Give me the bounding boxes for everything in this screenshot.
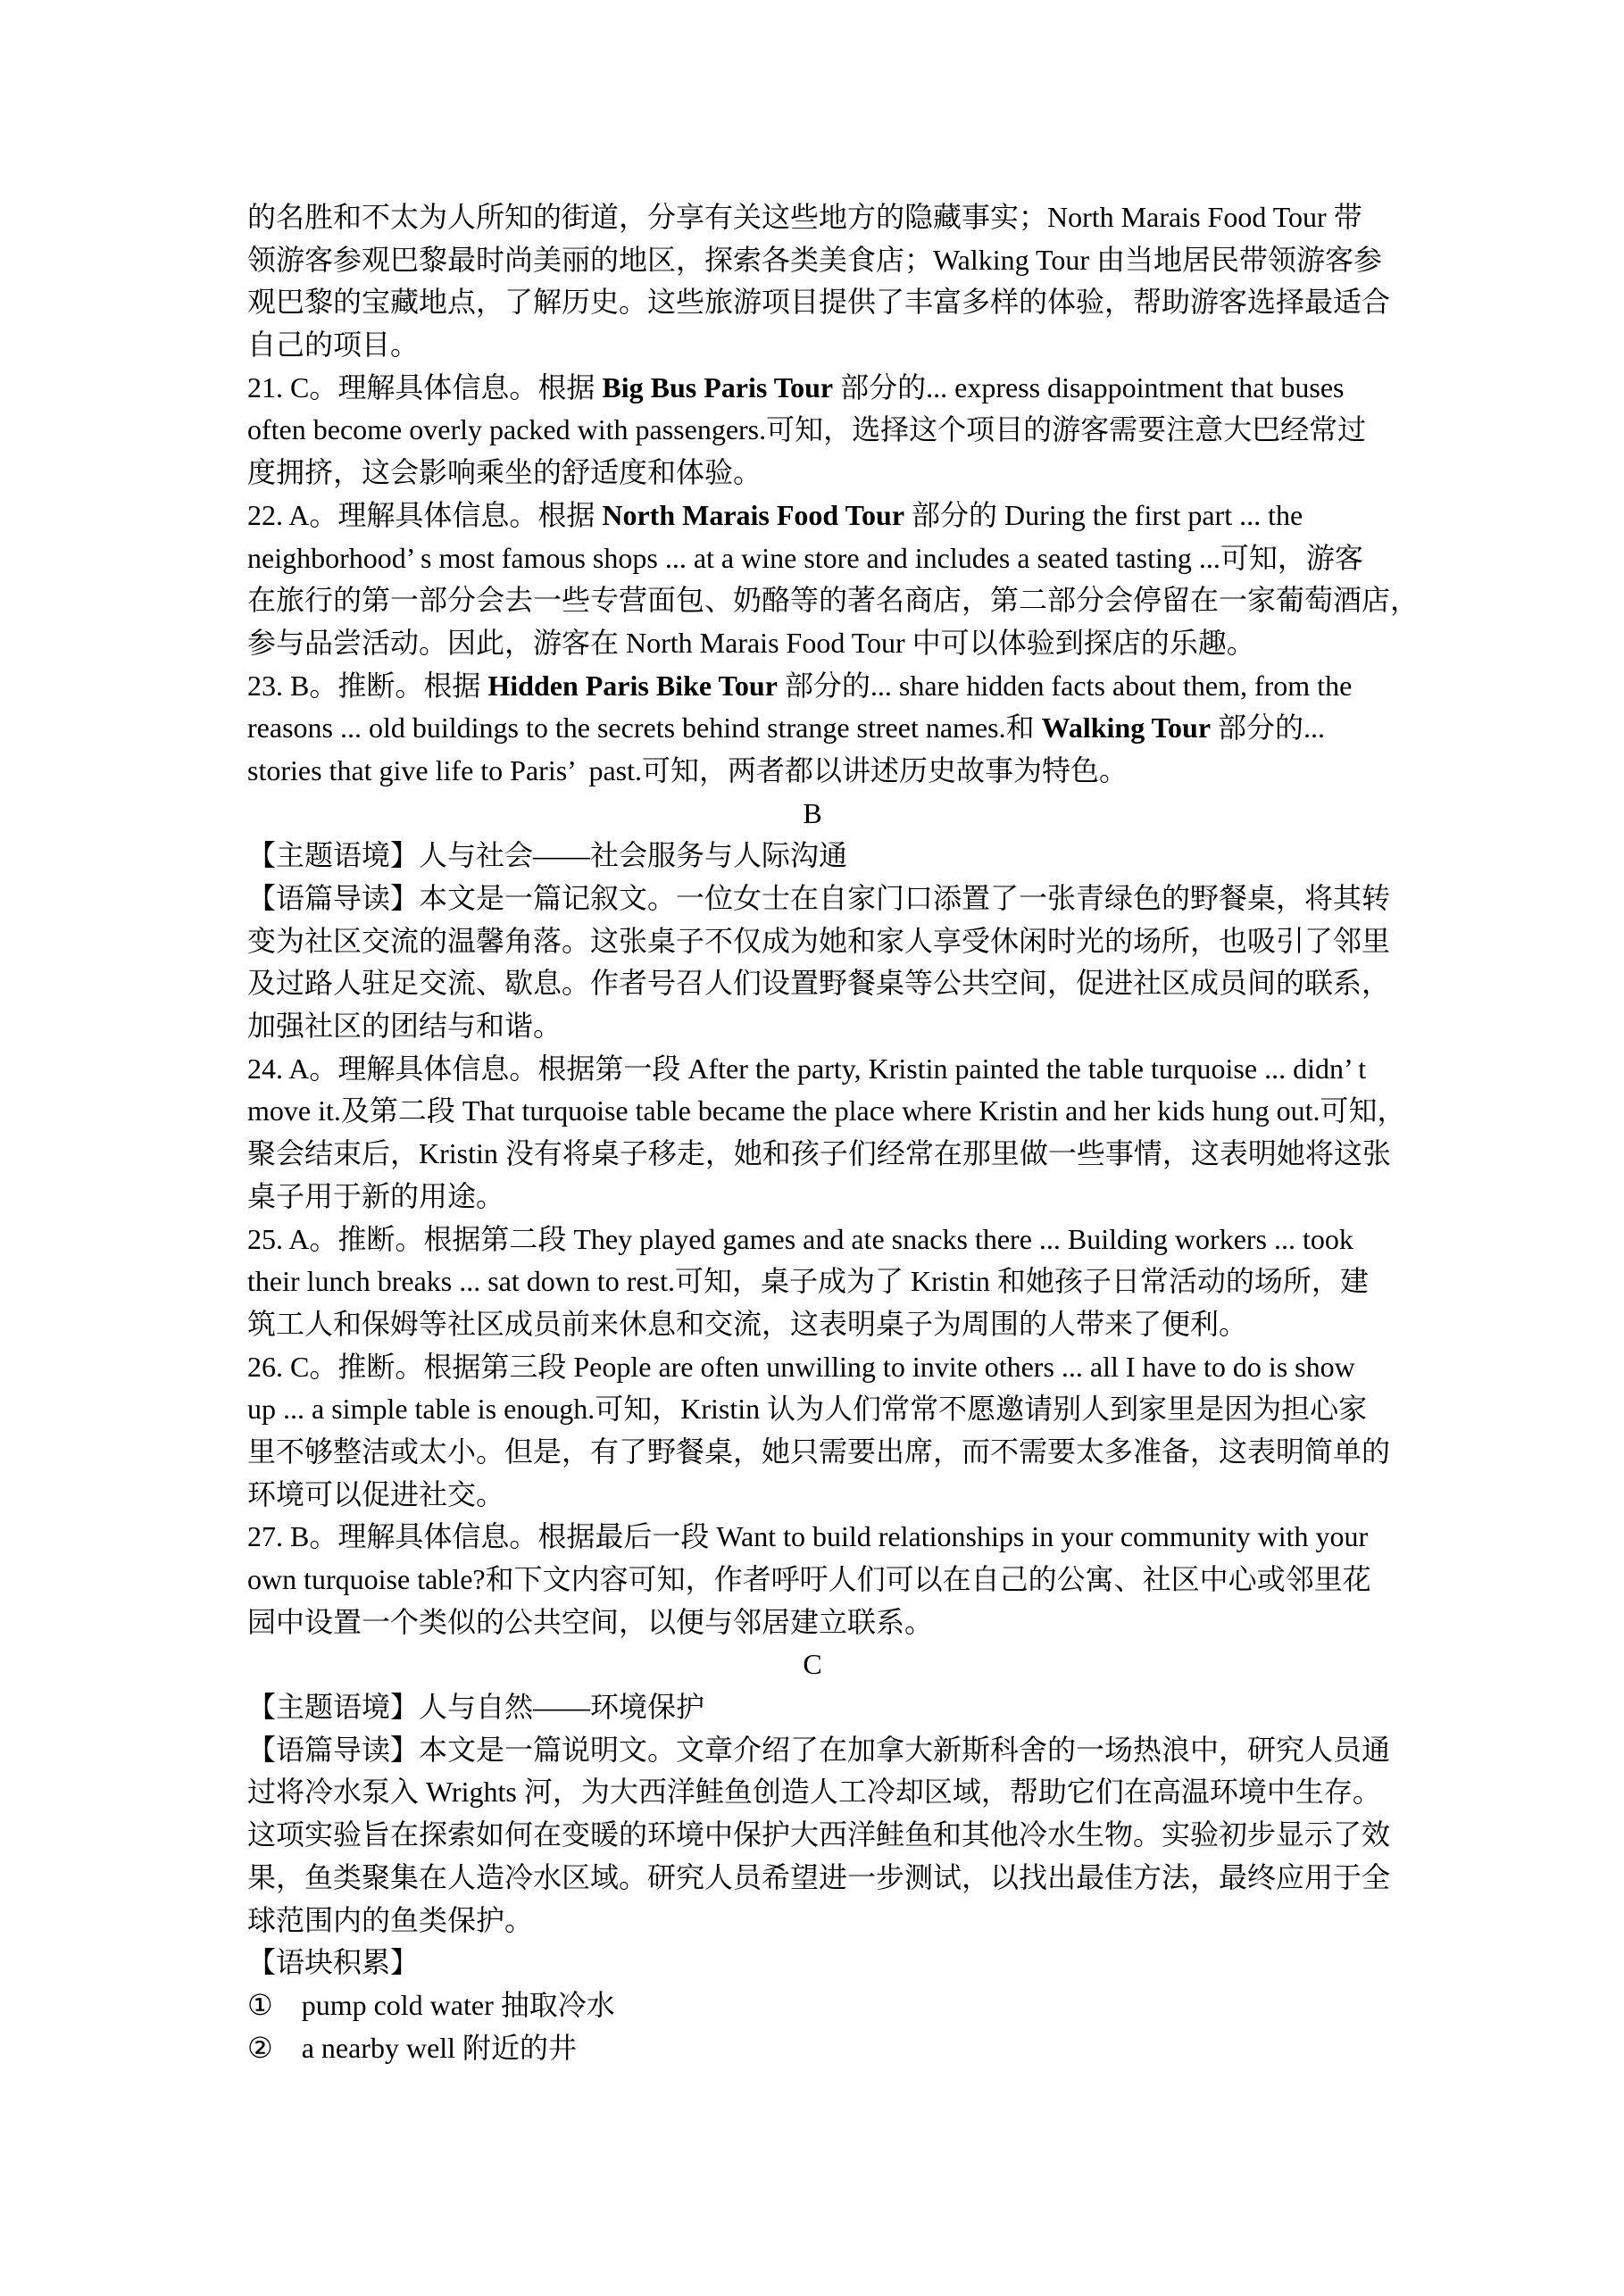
text-segment: 部分的... xyxy=(1211,711,1325,744)
section-heading: B xyxy=(247,793,1378,836)
text-segment: 【语块积累】 xyxy=(247,1946,419,1978)
text-line: 【主题语境】人与社会——社会服务与人际沟通 xyxy=(247,835,1378,878)
text-segment: C xyxy=(803,1648,821,1680)
text-line: 观巴黎的宝藏地点，了解历史。这些旅游项目提供了丰富多样的体验，帮助游客选择最适合 xyxy=(247,281,1378,324)
text-line: 聚会结束后，Kristin 没有将桌子移走，她和孩子们经常在那里做一些事情，这表… xyxy=(247,1133,1378,1176)
text-segment: 变为社区交流的温馨角落。这张桌子不仅成为她和家人享受休闲时光的场所，也吸引了邻里 xyxy=(247,925,1390,957)
text-line: ① pump cold water 抽取冷水 xyxy=(247,1984,1378,2027)
text-segment: 22. A。理解具体信息。根据 xyxy=(247,499,602,531)
text-line: 【语篇导读】本文是一篇说明文。文章介绍了在加拿大新斯科舍的一场热浪中，研究人员通 xyxy=(247,1729,1378,1772)
text-line: 参与品尝活动。因此，游客在 North Marais Food Tour 中可以… xyxy=(247,622,1378,665)
text-line: often become overly packed with passenge… xyxy=(247,409,1378,452)
text-line: 26. C。推断。根据第三段 People are often unwillin… xyxy=(247,1346,1378,1389)
text-segment: 及过路人驻足交流、歇息。作者号召人们设置野餐桌等公共空间，促进社区成员间的联系， xyxy=(247,967,1390,999)
text-line: 变为社区交流的温馨角落。这张桌子不仅成为她和家人享受休闲时光的场所，也吸引了邻里 xyxy=(247,920,1378,963)
text-line: 23. B。推断。根据 Hidden Paris Bike Tour 部分的..… xyxy=(247,665,1378,708)
text-segment: move it.及第二段 That turquoise table became… xyxy=(247,1094,1405,1127)
text-segment: 【语篇导读】本文是一篇记叙文。一位女士在自家门口添置了一张青绿色的野餐桌，将其转 xyxy=(247,882,1390,914)
text-segment: 聚会结束后，Kristin 没有将桌子移走，她和孩子们经常在那里做一些事情，这表… xyxy=(247,1137,1391,1169)
text-line: up ... a simple table is enough.可知，Krist… xyxy=(247,1388,1378,1431)
section-heading: C xyxy=(247,1643,1378,1686)
text-segment: 筑工人和保姆等社区成员前来休息和交流，这表明桌子为周围的人带来了便利。 xyxy=(247,1308,1247,1340)
text-segment: stories that give life to Paris’ past.可知… xyxy=(247,754,1128,786)
text-segment: 【主题语境】人与自然——环境保护 xyxy=(247,1691,704,1723)
text-line: own turquoise table?和下文内容可知，作者呼吁人们可以在自己的… xyxy=(247,1559,1378,1601)
text-line: 里不够整洁或太小。但是，有了野餐桌，她只需要出席，而不需要太多准备，这表明简单的 xyxy=(247,1431,1378,1474)
text-segment: 球范围内的鱼类保护。 xyxy=(247,1904,533,1936)
bold-text-segment: North Marais Food Tour xyxy=(602,499,904,531)
text-segment: 21. C。理解具体信息。根据 xyxy=(247,371,602,403)
text-segment: 桌子用于新的用途。 xyxy=(247,1180,504,1212)
text-segment: 部分的 During the first part ... the xyxy=(904,499,1303,531)
text-segment: 加强社区的团结与和谐。 xyxy=(247,1010,562,1042)
text-line: 果，鱼类聚集在人造冷水区域。研究人员希望进一步测试，以找出最佳方法，最终应用于全 xyxy=(247,1857,1378,1900)
text-line: 25. A。推断。根据第二段 They played games and ate… xyxy=(247,1219,1378,1261)
text-line: 及过路人驻足交流、歇息。作者号召人们设置野餐桌等公共空间，促进社区成员间的联系， xyxy=(247,962,1378,1005)
text-line: 度拥挤，这会影响乘坐的舒适度和体验。 xyxy=(247,452,1378,495)
text-line: move it.及第二段 That turquoise table became… xyxy=(247,1090,1378,1133)
text-line: 球范围内的鱼类保护。 xyxy=(247,1900,1378,1942)
text-line: stories that give life to Paris’ past.可知… xyxy=(247,750,1378,793)
text-line: 筑工人和保姆等社区成员前来休息和交流，这表明桌子为周围的人带来了便利。 xyxy=(247,1303,1378,1346)
bold-text-segment: Walking Tour xyxy=(1042,711,1211,744)
text-segment: 园中设置一个类似的公共空间，以便与邻居建立联系。 xyxy=(247,1606,933,1638)
text-line: 【语块积累】 xyxy=(247,1942,1378,1984)
text-segment: neighborhood’ s most famous shops ... at… xyxy=(247,542,1363,574)
text-segment: 部分的... express disappointment that buses xyxy=(833,371,1344,403)
text-line: 桌子用于新的用途。 xyxy=(247,1176,1378,1219)
text-segment: 领游客参观巴黎最时尚美丽的地区，探索各类美食店；Walking Tour 由当地… xyxy=(247,244,1382,276)
document-body: 的名胜和不太为人所知的街道，分享有关这些地方的隐藏事实；North Marais… xyxy=(247,196,1378,2069)
text-segment: often become overly packed with passenge… xyxy=(247,413,1366,445)
text-segment: B xyxy=(803,797,821,829)
text-line: 【语篇导读】本文是一篇记叙文。一位女士在自家门口添置了一张青绿色的野餐桌，将其转 xyxy=(247,878,1378,920)
text-line: 自己的项目。 xyxy=(247,324,1378,367)
text-line: 加强社区的团结与和谐。 xyxy=(247,1005,1378,1048)
text-line: 过将冷水泵入 Wrights 河，为大西洋鲑鱼创造人工冷却区域，帮助它们在高温环… xyxy=(247,1771,1378,1814)
text-segment: 的名胜和不太为人所知的街道，分享有关这些地方的隐藏事实；North Marais… xyxy=(247,201,1362,233)
text-segment: 里不够整洁或太小。但是，有了野餐桌，她只需要出席，而不需要太多准备，这表明简单的 xyxy=(247,1435,1390,1468)
text-line: 领游客参观巴黎最时尚美丽的地区，探索各类美食店；Walking Tour 由当地… xyxy=(247,239,1378,282)
text-segment: 观巴黎的宝藏地点，了解历史。这些旅游项目提供了丰富多样的体验，帮助游客选择最适合 xyxy=(247,286,1390,318)
text-line: 27. B。理解具体信息。根据最后一段 Want to build relati… xyxy=(247,1516,1378,1559)
text-segment: 自己的项目。 xyxy=(247,329,419,361)
text-segment: 环境可以促进社交。 xyxy=(247,1478,504,1510)
text-segment: 参与品尝活动。因此，游客在 North Marais Food Tour 中可以… xyxy=(247,627,1255,659)
text-line: 这项实验旨在探索如何在变暖的环境中保护大西洋鲑鱼和其他冷水生物。实验初步显示了效 xyxy=(247,1814,1378,1857)
text-segment: 部分的... share hidden facts about them, fr… xyxy=(778,670,1352,702)
text-segment: own turquoise table?和下文内容可知，作者呼吁人们可以在自己的… xyxy=(247,1563,1371,1595)
text-line: neighborhood’ s most famous shops ... at… xyxy=(247,537,1378,580)
text-segment: ② a nearby well 附近的井 xyxy=(247,2032,577,2064)
text-line: 【主题语境】人与自然——环境保护 xyxy=(247,1686,1378,1729)
text-segment: 27. B。理解具体信息。根据最后一段 Want to build relati… xyxy=(247,1520,1368,1552)
text-line: ② a nearby well 附近的井 xyxy=(247,2027,1378,2070)
text-line: reasons ... old buildings to the secrets… xyxy=(247,707,1378,750)
text-line: 21. C。理解具体信息。根据 Big Bus Paris Tour 部分的..… xyxy=(247,367,1378,410)
text-segment: ① pump cold water 抽取冷水 xyxy=(247,1989,615,2021)
text-segment: 26. C。推断。根据第三段 People are often unwillin… xyxy=(247,1351,1355,1383)
document-page: 的名胜和不太为人所知的街道，分享有关这些地方的隐藏事实；North Marais… xyxy=(0,0,1624,2296)
text-line: 环境可以促进社交。 xyxy=(247,1474,1378,1517)
text-segment: reasons ... old buildings to the secrets… xyxy=(247,711,1042,744)
text-segment: 果，鱼类聚集在人造冷水区域。研究人员希望进一步测试，以找出最佳方法，最终应用于全 xyxy=(247,1861,1390,1893)
text-segment: 25. A。推断。根据第二段 They played games and ate… xyxy=(247,1223,1353,1255)
bold-text-segment: Big Bus Paris Tour xyxy=(602,371,833,403)
text-line: 24. A。理解具体信息。根据第一段 After the party, Kris… xyxy=(247,1048,1378,1091)
text-line: 的名胜和不太为人所知的街道，分享有关这些地方的隐藏事实；North Marais… xyxy=(247,196,1378,239)
text-segment: 【主题语境】人与社会——社会服务与人际沟通 xyxy=(247,839,847,871)
text-segment: 23. B。推断。根据 xyxy=(247,670,487,702)
text-segment: 【语篇导读】本文是一篇说明文。文章介绍了在加拿大新斯科舍的一场热浪中，研究人员通 xyxy=(247,1734,1390,1766)
text-segment: 这项实验旨在探索如何在变暖的环境中保护大西洋鲑鱼和其他冷水生物。实验初步显示了效 xyxy=(247,1818,1390,1851)
text-segment: their lunch breaks ... sat down to rest.… xyxy=(247,1265,1369,1297)
bold-text-segment: Hidden Paris Bike Tour xyxy=(487,670,778,702)
text-segment: 在旅行的第一部分会去一些专营面包、奶酪等的著名商店，第二部分会停留在一家葡萄酒店… xyxy=(247,584,1419,616)
text-line: 在旅行的第一部分会去一些专营面包、奶酪等的著名商店，第二部分会停留在一家葡萄酒店… xyxy=(247,579,1378,622)
text-segment: 度拥挤，这会影响乘坐的舒适度和体验。 xyxy=(247,456,762,488)
text-segment: up ... a simple table is enough.可知，Krist… xyxy=(247,1393,1367,1425)
text-line: their lunch breaks ... sat down to rest.… xyxy=(247,1260,1378,1303)
text-segment: 过将冷水泵入 Wrights 河，为大西洋鲑鱼创造人工冷却区域，帮助它们在高温环… xyxy=(247,1776,1381,1808)
text-line: 22. A。理解具体信息。根据 North Marais Food Tour 部… xyxy=(247,495,1378,537)
text-segment: 24. A。理解具体信息。根据第一段 After the party, Kris… xyxy=(247,1052,1366,1085)
text-line: 园中设置一个类似的公共空间，以便与邻居建立联系。 xyxy=(247,1601,1378,1644)
